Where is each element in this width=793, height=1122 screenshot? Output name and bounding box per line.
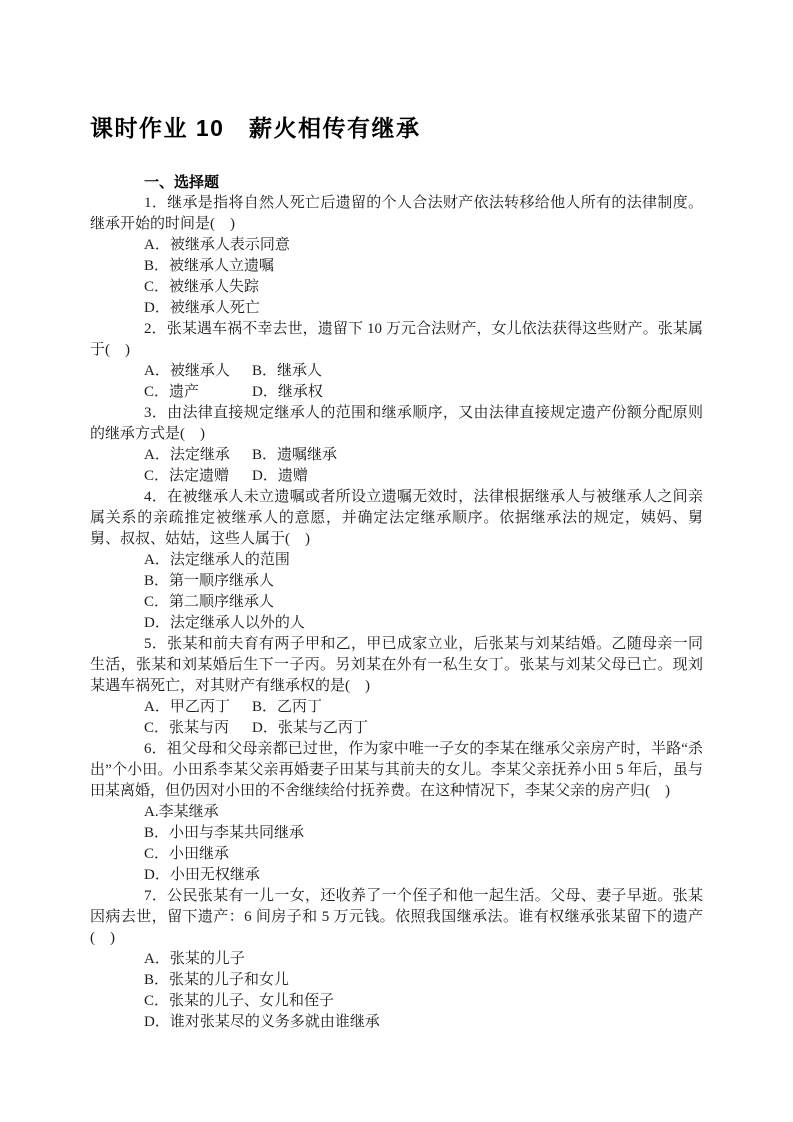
question-4-option-a: A．法定继承人的范围: [90, 550, 703, 571]
question-5-options-ab: A．甲乙丙丁B．乙丙丁: [90, 697, 703, 718]
question-5-option-d: D．张某与乙丙丁: [252, 720, 368, 736]
question-3: 3．由法律直接规定继承人的范围和继承顺序，又由法律直接规定遗产份额分配原则的继承…: [90, 403, 703, 487]
question-1-option-b: B．被继承人立遗嘱: [90, 256, 703, 277]
question-3-option-a: A．法定继承: [144, 445, 252, 466]
question-1-option-c: C．被继承人失踪: [90, 277, 703, 298]
question-1-option-a: A．被继承人表示同意: [90, 235, 703, 256]
question-2-option-d: D．继承权: [252, 384, 323, 400]
question-6-option-b: B．小田与李某共同继承: [90, 823, 703, 844]
question-1-stem: 1．继承是指将自然人死亡后遗留的个人合法财产依法转移给他人所有的法律制度。继承开…: [90, 193, 703, 235]
question-7-stem: 7．公民张某有一儿一女，还收养了一个侄子和他一起生活。父母、妻子早逝。张某因病去…: [90, 886, 703, 949]
content-area: 一、选择题 1．继承是指将自然人死亡后遗留的个人合法财产依法转移给他人所有的法律…: [90, 172, 703, 1033]
question-4-stem: 4．在被继承人未立遗嘱或者所设立遗嘱无效时，法律根据继承人与被继承人之间亲属关系…: [90, 487, 703, 550]
question-5-option-c: C．张某与丙: [144, 718, 252, 739]
question-1: 1．继承是指将自然人死亡后遗留的个人合法财产依法转移给他人所有的法律制度。继承开…: [90, 193, 703, 319]
question-3-option-b: B．遗嘱继承: [252, 447, 337, 463]
question-2-option-a: A．被继承人: [144, 361, 252, 382]
question-3-option-d: D．遗赠: [252, 468, 308, 484]
question-7-option-d: D．谁对张某尽的义务多就由谁继承: [90, 1012, 703, 1033]
question-2-stem: 2．张某遇车祸不幸去世，遗留下 10 万元合法财产，女儿依法获得这些财产。张某属…: [90, 319, 703, 361]
page-title: 课时作业 10 薪火相传有继承: [90, 110, 420, 143]
worksheet-page: 课时作业 10 薪火相传有继承 一、选择题 1．继承是指将自然人死亡后遗留的个人…: [0, 0, 793, 1122]
question-6-option-a: A.李某继承: [90, 802, 703, 823]
question-4: 4．在被继承人未立遗嘱或者所设立遗嘱无效时，法律根据继承人与被继承人之间亲属关系…: [90, 487, 703, 634]
question-6-stem: 6．祖父母和父母亲都已过世，作为家中唯一子女的李某在继承父亲房产时，半路“杀出”…: [90, 739, 703, 802]
question-2: 2．张某遇车祸不幸去世，遗留下 10 万元合法财产，女儿依法获得这些财产。张某属…: [90, 319, 703, 403]
question-5-option-a: A．甲乙丙丁: [144, 697, 252, 718]
question-3-options-ab: A．法定继承B．遗嘱继承: [90, 445, 703, 466]
question-5: 5．张某和前夫育有两子甲和乙，甲已成家立业，后张某与刘某结婚。乙随母亲一同生活，…: [90, 634, 703, 739]
question-7: 7．公民张某有一儿一女，还收养了一个侄子和他一起生活。父母、妻子早逝。张某因病去…: [90, 886, 703, 1033]
question-6-option-d: D．小田无权继承: [90, 865, 703, 886]
question-7-option-c: C．张某的儿子、女儿和侄子: [90, 991, 703, 1012]
question-2-option-c: C．遗产: [144, 382, 252, 403]
question-4-option-b: B．第一顺序继承人: [90, 571, 703, 592]
question-2-option-b: B．继承人: [252, 363, 322, 379]
question-3-stem: 3．由法律直接规定继承人的范围和继承顺序，又由法律直接规定遗产份额分配原则的继承…: [90, 403, 703, 445]
question-2-options-cd: C．遗产D．继承权: [90, 382, 703, 403]
question-5-stem: 5．张某和前夫育有两子甲和乙，甲已成家立业，后张某与刘某结婚。乙随母亲一同生活，…: [90, 634, 703, 697]
question-4-option-c: C．第二顺序继承人: [90, 592, 703, 613]
question-6-option-c: C．小田继承: [90, 844, 703, 865]
question-2-options-ab: A．被继承人B．继承人: [90, 361, 703, 382]
question-3-options-cd: C．法定遗赠D．遗赠: [90, 466, 703, 487]
question-5-options-cd: C．张某与丙D．张某与乙丙丁: [90, 718, 703, 739]
question-7-option-a: A．张某的儿子: [90, 949, 703, 970]
question-7-option-b: B．张某的儿子和女儿: [90, 970, 703, 991]
question-3-option-c: C．法定遗赠: [144, 466, 252, 487]
question-5-option-b: B．乙丙丁: [252, 699, 322, 715]
question-1-option-d: D．被继承人死亡: [90, 298, 703, 319]
section-heading: 一、选择题: [90, 172, 703, 193]
question-4-option-d: D．法定继承人以外的人: [90, 613, 703, 634]
question-6: 6．祖父母和父母亲都已过世，作为家中唯一子女的李某在继承父亲房产时，半路“杀出”…: [90, 739, 703, 886]
